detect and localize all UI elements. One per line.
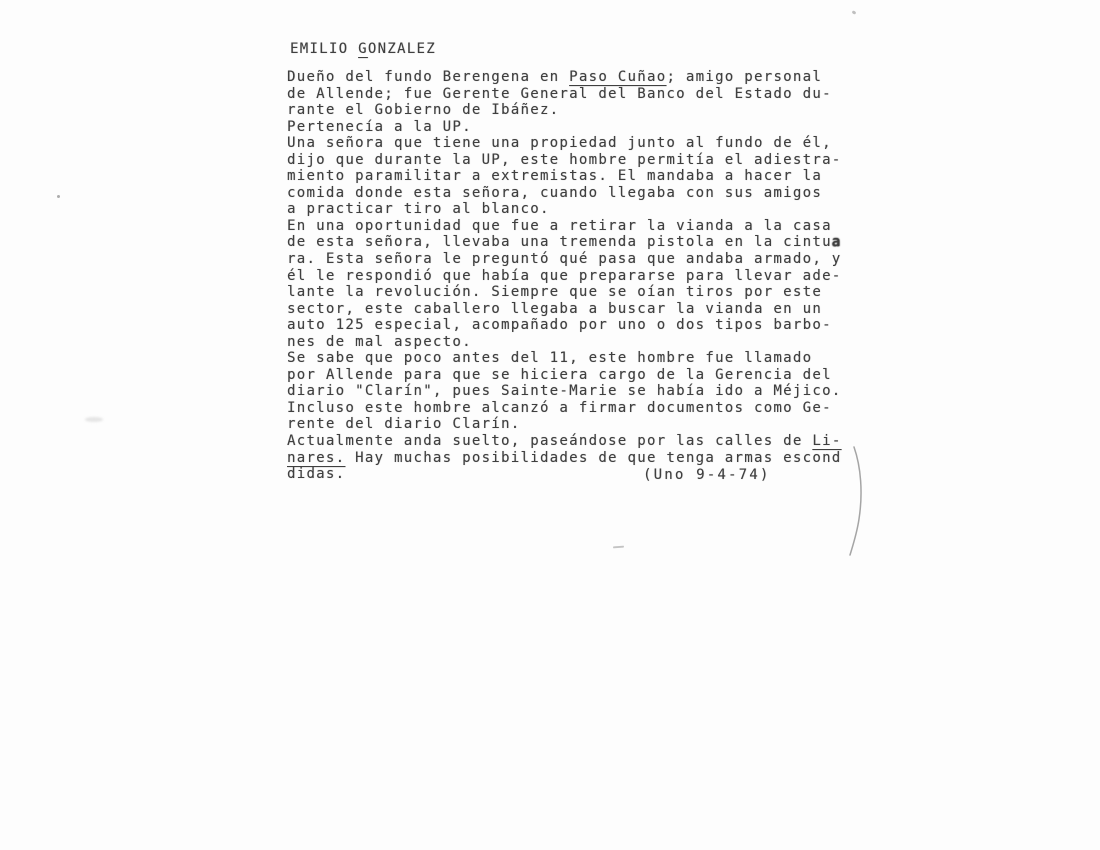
document-line: comida donde esta señora, cuando llegaba… [287,185,842,202]
text-segment: comida donde esta señora, cuando llegaba… [287,185,822,201]
text-segment: él le respondió que había que prepararse… [287,268,842,284]
text-segment: Pertenecía a la UP. [287,119,472,135]
text-segment: ra. Esta señora le preguntó qué pasa que… [287,251,842,267]
text-segment: miento paramilitar a extremistas. El man… [287,168,822,184]
text-segment: nes de mal aspecto. [287,334,472,350]
text-segment: auto 125 especial, acompañado por uno o … [287,317,832,333]
text-segment: lante la revolución. Siempre que se oían… [287,284,822,300]
text-segment: rante el Gobierno de Ibáñez. [287,102,559,118]
document-body: Dueño del fundo Berengena en Paso Cuñao;… [287,69,842,483]
document-line: diario "Clarín", pues Sainte-Marie se ha… [287,383,842,400]
text-segment: Dueño del fundo Berengena en [287,69,569,85]
document-line: de esta señora, llevaba una tremenda pis… [287,234,842,251]
text-segment: Incluso este hombre alcanzó a firmar doc… [287,400,832,416]
pen-mark-artifact [845,441,871,563]
document-line: de Allende; fue Gerente General del Banc… [287,86,842,103]
scan-dash-artifact [613,546,624,549]
scan-speck-artifact [852,10,857,15]
text-segment: didas. [287,466,345,482]
document-line: nares. Hay muchas posibilidades de que t… [287,450,842,467]
document-title: EMILIO GONZALEZ [290,41,436,58]
text-segment: Hay muchas posibilidades de que tenga ar… [345,450,841,466]
text-segment: dijo que durante la UP, este hombre perm… [287,152,842,168]
text-segment: de esta señora, llevaba una tremenda pis… [287,234,832,250]
document-line: por Allende para que se hiciera cargo de… [287,367,842,384]
document-line: auto 125 especial, acompañado por uno o … [287,317,842,334]
document-line: rante el Gobierno de Ibáñez. [287,102,842,119]
document-line: Dueño del fundo Berengena en Paso Cuñao;… [287,69,842,86]
document-line: dijo que durante la UP, este hombre perm… [287,152,842,169]
text-segment: ; amigo personal [666,69,822,85]
text-segment: a practicar tiro al blanco. [287,201,550,217]
document-line: Pertenecía a la UP. [287,119,842,136]
document-line: miento paramilitar a extremistas. El man… [287,168,842,185]
document-line: Incluso este hombre alcanzó a firmar doc… [287,400,842,417]
underlined-text-segment: nares. [287,450,345,466]
document-line: Se sabe que poco antes del 11, este homb… [287,350,842,367]
text-segment: EMILIO [290,41,358,57]
text-segment: ONZALEZ [368,41,436,57]
text-segment: sector, este caballero llegaba a buscar … [287,301,822,317]
document-line: nes de mal aspecto. [287,334,842,351]
text-segment: diario "Clarín", pues Sainte-Marie se ha… [287,383,842,399]
document-line: sector, este caballero llegaba a buscar … [287,301,842,318]
document-line: lante la revolución. Siempre que se oían… [287,284,842,301]
text-segment: Se sabe que poco antes del 11, este homb… [287,350,812,366]
document-line: a practicar tiro al blanco. [287,201,842,218]
document-line: Actualmente anda suelto, paseándose por … [287,433,842,450]
text-segment: por Allende para que se hiciera cargo de… [287,367,832,383]
underlined-text-segment: Li- [812,433,841,449]
document-line: ra. Esta señora le preguntó qué pasa que… [287,251,842,268]
text-segment: a [832,234,842,250]
text-segment: rente del diario Clarín. [287,416,521,432]
underlined-text-segment: Paso Cuñao [569,69,666,85]
document-line: él le respondió que había que prepararse… [287,268,842,285]
scanned-document-page: EMILIO GONZALEZ Dueño del fundo Berengen… [0,0,1100,850]
scan-smudge-artifact [85,417,103,422]
date-attribution-note: (Uno 9-4-74) [643,467,771,484]
document-line: Una señora que tiene una propiedad junto… [287,135,842,152]
text-segment: En una oportunidad que fue a retirar la … [287,218,832,234]
text-segment: de Allende; fue Gerente General del Banc… [287,86,832,102]
text-segment: Una señora que tiene una propiedad junto… [287,135,832,151]
underlined-text-segment: G [358,41,368,57]
document-line: En una oportunidad que fue a retirar la … [287,218,842,235]
text-segment: Actualmente anda suelto, paseándose por … [287,433,812,449]
scan-speck-artifact [57,195,60,198]
document-line: rente del diario Clarín. [287,416,842,433]
